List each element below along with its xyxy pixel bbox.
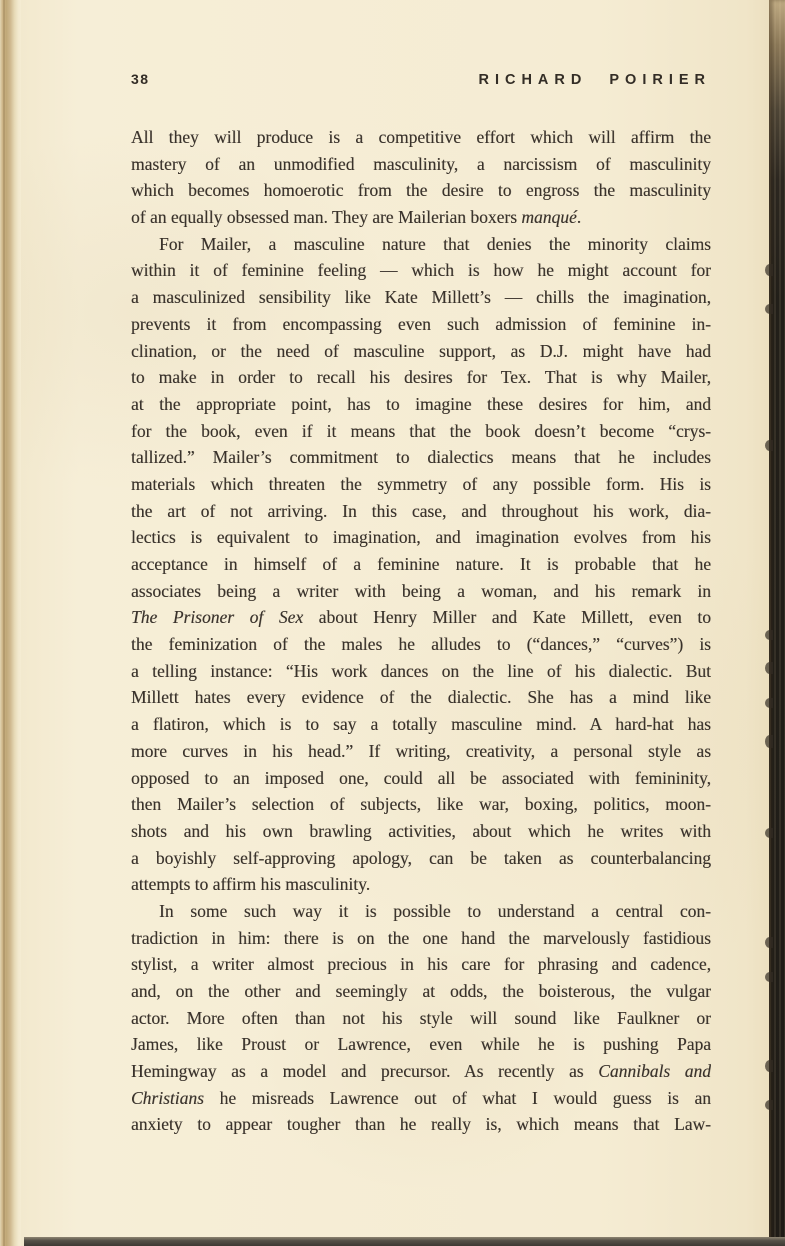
text-run: within it of feminine feeling — which is… [131, 260, 711, 280]
text-line: a masculinized sensibility like Kate Mil… [131, 284, 711, 311]
text-line: the art of not arriving. In this case, a… [131, 498, 711, 525]
text-run: anxiety to appear tougher than he really… [131, 1114, 711, 1134]
text-run: attempts to affirm his masculinity. [131, 874, 370, 894]
text-run: In some such way it is possible to under… [159, 901, 711, 921]
text-run: the art of not arriving. In this case, a… [131, 501, 711, 521]
text-line: a flatiron, which is to say a totally ma… [131, 711, 711, 738]
text-line: a telling instance: “His work dances on … [131, 658, 711, 685]
page-edge-mark [765, 828, 773, 838]
text-line: acceptance in himself of a feminine natu… [131, 551, 711, 578]
text-line: attempts to affirm his masculinity. [131, 871, 711, 898]
text-run: James, like Proust or Lawrence, even whi… [131, 1034, 711, 1054]
text-run: materials which threaten the symmetry of… [131, 474, 711, 494]
text-line: For Mailer, a masculine nature that deni… [131, 231, 711, 258]
scanned-book-page: 38 RICHARD POIRIER All they will produce… [0, 0, 785, 1246]
page-content: 38 RICHARD POIRIER All they will produce… [131, 71, 711, 1138]
running-header: RICHARD POIRIER [478, 72, 711, 88]
text-line: anxiety to appear tougher than he really… [131, 1111, 711, 1138]
text-run: shots and his own brawling activities, a… [131, 821, 711, 841]
italic-text-run: Cannibals and [598, 1061, 711, 1081]
page-edge-mark [765, 264, 773, 276]
bottom-page-edge [24, 1237, 785, 1246]
page-number: 38 [131, 71, 150, 87]
text-line: shots and his own brawling activities, a… [131, 818, 711, 845]
text-run: . [577, 207, 581, 227]
text-run: Hemingway as a model and precursor. As r… [131, 1061, 598, 1081]
text-run: he misreads Lawrence out of what I would… [204, 1088, 711, 1108]
page-edge-mark [765, 698, 773, 708]
text-line: All they will produce is a competitive e… [131, 124, 711, 151]
text-run: associates being a writer with being a w… [131, 581, 711, 601]
text-run: and, on the other and seemingly at odds,… [131, 981, 711, 1001]
text-line: tradiction in him: there is on the one h… [131, 925, 711, 952]
text-line: within it of feminine feeling — which is… [131, 257, 711, 284]
text-run: at the appropriate point, has to imagine… [131, 394, 711, 414]
page-edge-mark [765, 630, 773, 640]
text-run: to make in order to recall his desires f… [131, 367, 711, 387]
text-line: Christians he misreads Lawrence out of w… [131, 1085, 711, 1112]
text-line: actor. More often than not his style wil… [131, 1005, 711, 1032]
text-run: of an equally obsessed man. They are Mai… [131, 207, 521, 227]
text-line: Hemingway as a model and precursor. As r… [131, 1058, 711, 1085]
text-run: a flatiron, which is to say a totally ma… [131, 714, 711, 734]
page-edge-mark [765, 972, 773, 982]
text-line: for the book, even if it means that the … [131, 418, 711, 445]
text-line: opposed to an imposed one, could all be … [131, 765, 711, 792]
text-run: stylist, a writer almost precious in his… [131, 954, 711, 974]
paragraph: For Mailer, a masculine nature that deni… [131, 231, 711, 898]
text-run: tradiction in him: there is on the one h… [131, 928, 711, 948]
text-line: the feminization of the males he alludes… [131, 631, 711, 658]
text-run: actor. More often than not his style wil… [131, 1008, 711, 1028]
text-run: a telling instance: “His work dances on … [131, 661, 711, 681]
paragraph: All they will produce is a competitive e… [131, 124, 711, 231]
text-run: then Mailer’s selection of subjects, lik… [131, 794, 711, 814]
text-run: the feminization of the males he alludes… [131, 634, 711, 654]
text-line: more curves in his head.” If writing, cr… [131, 738, 711, 765]
text-run: mastery of an unmodified masculinity, a … [131, 154, 711, 174]
text-line: James, like Proust or Lawrence, even whi… [131, 1031, 711, 1058]
text-run: for the book, even if it means that the … [131, 421, 711, 441]
text-run: about Henry Miller and Kate Millett, eve… [303, 607, 711, 627]
left-page-edge [0, 0, 21, 1246]
text-run: prevents it from encompassing even such … [131, 314, 711, 334]
page-edge-mark [765, 1100, 773, 1110]
italic-text-run: manqué [521, 207, 576, 227]
text-line: at the appropriate point, has to imagine… [131, 391, 711, 418]
text-line: In some such way it is possible to under… [131, 898, 711, 925]
text-line: prevents it from encompassing even such … [131, 311, 711, 338]
text-run: For Mailer, a masculine nature that deni… [159, 234, 711, 254]
italic-text-run: The Prisoner of Sex [131, 607, 303, 627]
page-header: 38 RICHARD POIRIER [131, 71, 711, 87]
text-line: which becomes homoerotic from the desire… [131, 177, 711, 204]
italic-text-run: Christians [131, 1088, 204, 1108]
text-line: associates being a writer with being a w… [131, 578, 711, 605]
text-run: All they will produce is a competitive e… [131, 127, 711, 147]
text-run: clination, or the need of masculine supp… [131, 341, 711, 361]
text-line: lectics is equivalent to imagination, an… [131, 524, 711, 551]
text-run: which becomes homoerotic from the desire… [131, 180, 711, 200]
text-run: tallized.” Mailer’s commitment to dialec… [131, 447, 711, 467]
text-run: more curves in his head.” If writing, cr… [131, 741, 711, 761]
text-line: and, on the other and seemingly at odds,… [131, 978, 711, 1005]
text-line: tallized.” Mailer’s commitment to dialec… [131, 444, 711, 471]
text-run: a boyishly self-approving apology, can b… [131, 848, 711, 868]
page-edge-mark [765, 662, 773, 674]
text-run: Millett hates every evidence of the dial… [131, 687, 711, 707]
text-run: a masculinized sensibility like Kate Mil… [131, 287, 711, 307]
page-edge-mark [765, 937, 773, 948]
text-run: lectics is equivalent to imagination, an… [131, 527, 711, 547]
text-run: acceptance in himself of a feminine natu… [131, 554, 711, 574]
text-line: stylist, a writer almost precious in his… [131, 951, 711, 978]
text-line: then Mailer’s selection of subjects, lik… [131, 791, 711, 818]
text-line: The Prisoner of Sex about Henry Miller a… [131, 604, 711, 631]
page-edge-mark [765, 440, 773, 451]
text-line: Millett hates every evidence of the dial… [131, 684, 711, 711]
page-edge-mark [765, 735, 773, 748]
page-edge-mark [765, 304, 773, 314]
text-run: opposed to an imposed one, could all be … [131, 768, 711, 788]
text-block: All they will produce is a competitive e… [131, 124, 711, 1138]
text-line: materials which threaten the symmetry of… [131, 471, 711, 498]
text-line: to make in order to recall his desires f… [131, 364, 711, 391]
text-line: of an equally obsessed man. They are Mai… [131, 204, 711, 231]
text-line: mastery of an unmodified masculinity, a … [131, 151, 711, 178]
text-line: clination, or the need of masculine supp… [131, 338, 711, 365]
paragraph: In some such way it is possible to under… [131, 898, 711, 1138]
text-line: a boyishly self-approving apology, can b… [131, 845, 711, 872]
page-edge-mark [765, 1060, 773, 1072]
